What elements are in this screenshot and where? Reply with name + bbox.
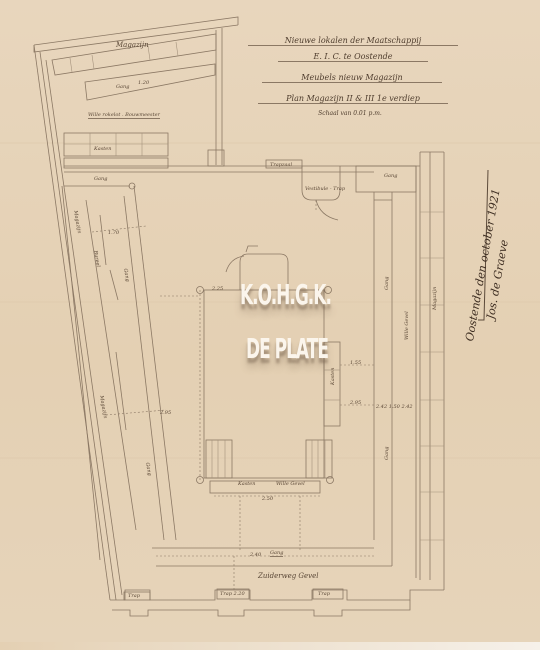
label-top-left-room: Magazijn <box>116 41 149 49</box>
label-center-right: Kasten <box>330 368 336 385</box>
label-stair-sub: Vestibule - Trap <box>305 186 345 192</box>
watermark-line-1: K.O.H.G.K. <box>240 280 331 312</box>
title-line-2: E. I. C. te Oostende <box>278 52 428 62</box>
label-right-wing-1: Gang <box>384 277 390 290</box>
label-bay-2: Trap 2.20 <box>220 591 245 597</box>
label-right-wing-3: Wille Gevel <box>404 311 410 340</box>
label-bay-3: Trap <box>318 591 330 597</box>
label-right-wing-2: Magazijn <box>432 287 438 310</box>
dim-top-corridor: 1.20 <box>138 80 149 86</box>
label-right-wing-4: Gang <box>384 447 390 460</box>
dim-right-row: 2.42 1.50 2.42 <box>376 404 413 410</box>
label-left-corridor-top: Gang <box>94 176 107 182</box>
dim-center-bottom: 2.50 <box>262 496 273 502</box>
title-line-1: Nieuwe lokalen der Maatschappij <box>248 36 458 46</box>
label-bay-1: Trap <box>128 593 140 599</box>
dim-center-width: 2.25 <box>212 286 223 292</box>
dim-left-2: 2.95 <box>160 410 171 416</box>
label-top-right-room: Gang <box>384 173 397 179</box>
label-bottom-facade: Zuiderweg Gevel <box>258 572 319 580</box>
dim-left-1: 1.70 <box>108 230 119 236</box>
label-kasten: Kasten <box>94 146 111 152</box>
label-top-corridor: Gang <box>116 84 129 90</box>
dim-bottom-1: 2.40 <box>250 552 261 558</box>
label-center-bottom-1: Kasten <box>238 481 255 487</box>
watermark-line-2: DE PLATE <box>246 334 328 366</box>
title-line-4: Plan Magazijn II & III 1e verdiep <box>258 94 448 104</box>
scale-note: Schaal van 0.01 p.m. <box>300 110 400 117</box>
dim-center-right-2: 2.95 <box>350 400 361 406</box>
drawing-sheet: Nieuwe lokalen der Maatschappij E. I. C.… <box>0 0 540 650</box>
label-center-bottom-2: Wille Gevel <box>276 481 305 487</box>
dim-center-right-1: 1.55 <box>350 360 361 366</box>
label-bottom-corridor: Gang <box>270 550 283 557</box>
title-line-3: Meubels nieuw Magazijn <box>262 73 442 83</box>
label-top-left-caption: Wille rokelot . Bouwmeester <box>88 112 160 119</box>
label-stair: Trapzaal <box>270 162 292 168</box>
